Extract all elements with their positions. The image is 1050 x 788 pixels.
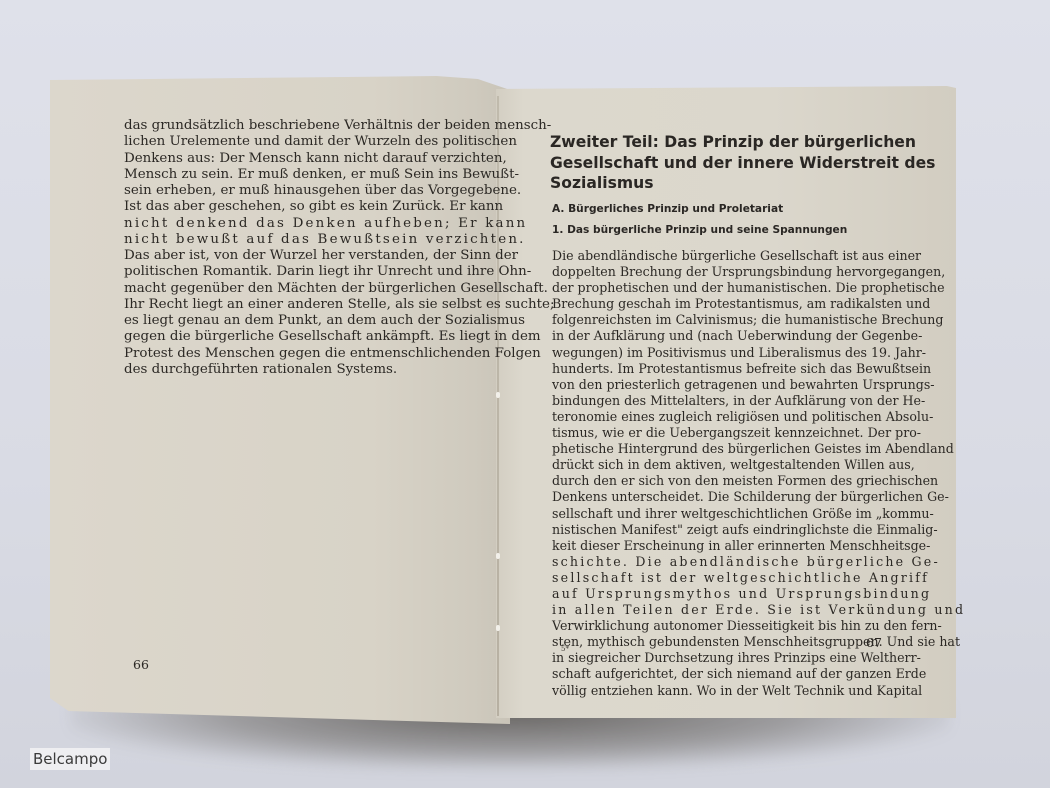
chapter-title-line: Gesellschaft und der innere Widerstreit … [550,153,880,174]
text-line: Verwirklichung autonomer Diesseitigkeit … [552,618,874,634]
text-line: Denkens aus: Der Mensch kann nicht darau… [124,151,462,167]
chapter-title-line: Zweiter Teil: Das Prinzip der bürgerlich… [550,132,880,153]
page-number-right: 67 [866,635,882,650]
binding-stitch [496,392,500,398]
text-line: durch den er sich von den meisten Formen… [552,473,874,489]
text-line-emphasized: sellschaft ist der weltgeschichtliche An… [552,570,874,586]
text-line: in siegreicher Durchsetzung ihres Prinzi… [552,650,874,666]
text-line: Die abendländische bürgerliche Gesellsch… [552,248,874,264]
text-line-emphasized: in allen Teilen der Erde. Sie ist Verkün… [552,602,874,618]
text-line: bindungen des Mittelalters, in der Aufkl… [552,393,874,409]
text-line: politischen Romantik. Darin liegt ihr Un… [124,264,462,280]
text-line: sellschaft und ihrer weltgeschichtlichen… [552,506,874,522]
left-page-body: das grundsätzlich beschriebene Verhältni… [124,118,462,378]
text-line: doppelten Brechung der Ursprungsbindung … [552,264,874,280]
text-line: der prophetischen und der humanistischen… [552,280,874,296]
right-page-body: Die abendländische bürgerliche Gesellsch… [552,248,874,699]
text-line: Mensch zu sein. Er muß denken, er muß Se… [124,167,462,183]
text-line: lichen Urelemente und damit der Wurzeln … [124,134,462,150]
text-line: Ihr Recht liegt an einer anderen Stelle,… [124,297,462,313]
text-line: Brechung geschah im Protestantismus, am … [552,296,874,312]
page-number-left: 66 [133,657,149,672]
binding-stitch [496,625,500,631]
text-line-emphasized: nicht bewußt auf das Bewußtsein verzicht… [124,232,462,248]
text-line: drückt sich in dem aktiven, weltgestalte… [552,457,874,473]
watermark-label: Belcampo [30,748,110,770]
text-line: schaft aufgerichtet, der sich niemand au… [552,666,874,682]
text-line: tismus, wie er die Uebergangszeit kennze… [552,425,874,441]
text-line: folgenreichsten im Calvinismus; die huma… [552,312,874,328]
text-line: das grundsätzlich beschriebene Verhältni… [124,118,462,134]
text-line: keit dieser Erscheinung in aller erinner… [552,538,874,554]
text-line: wegungen) im Positivismus und Liberalism… [552,345,874,361]
text-line: hunderts. Im Protestantismus befreite si… [552,361,874,377]
text-line: phetische Hintergrund des bürgerlichen G… [552,441,874,457]
text-line: gegen die bürgerliche Gesellschaft ankäm… [124,329,462,345]
text-line-emphasized: schichte. Die abendländische bürgerliche… [552,554,874,570]
text-line: macht gegenüber den Mächten der bürgerli… [124,281,462,297]
text-line: völlig entziehen kann. Wo in der Welt Te… [552,683,874,699]
binding-stitch [496,553,500,559]
chapter-title-line: Sozialismus [550,173,880,194]
printer-signature-mark: 5* [561,645,569,653]
text-line-emphasized: nicht denkend das Denken aufheben; Er ka… [124,216,462,232]
text-line: nistischen Manifest" zeigt aufs eindring… [552,522,874,538]
text-line: Protest des Menschen gegen die entmensch… [124,346,462,362]
text-line: von den priesterlich getragenen und bewa… [552,377,874,393]
text-line: sein erheben, er muß hinausgehen über da… [124,183,462,199]
text-line: in der Aufklärung und (nach Ueberwindung… [552,328,874,344]
text-line: teronomie eines zugleich religiösen und … [552,409,874,425]
text-line: sten, mythisch gebundensten Menschheitsg… [552,634,874,650]
text-line: des durchgeführten rationalen Systems. [124,362,462,378]
text-line: Denkens unterscheidet. Die Schilderung d… [552,489,874,505]
text-line: Ist das aber geschehen, so gibt es kein … [124,199,462,215]
chapter-title: Zweiter Teil: Das Prinzip der bürgerlich… [550,132,880,194]
text-line: Das aber ist, von der Wurzel her verstan… [124,248,462,264]
text-line-emphasized: auf Ursprungsmythos und Ursprungsbindung [552,586,874,602]
text-line: es liegt genau an dem Punkt, an dem auch… [124,313,462,329]
section-heading: A. Bürgerliches Prinzip und Proletariat [552,203,783,215]
subsection-heading: 1. Das bürgerliche Prinzip und seine Spa… [552,224,847,236]
